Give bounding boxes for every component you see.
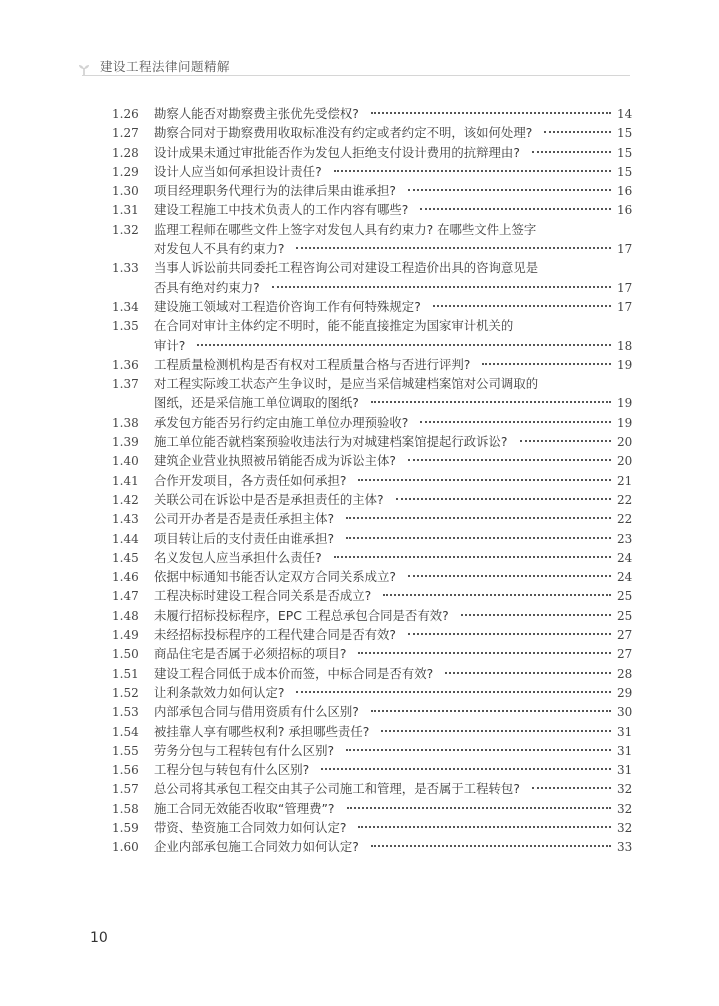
toc-entry[interactable]: 1.52让利条款效力如何认定?29 — [112, 683, 632, 702]
entry-number: 1.46 — [112, 568, 154, 587]
entry-page: 15 — [617, 124, 632, 143]
entry-page: 29 — [617, 684, 632, 703]
dot-leader — [433, 305, 611, 307]
dot-leader — [408, 189, 611, 191]
entry-number: 1.59 — [112, 819, 154, 838]
toc-entry[interactable]: 1.54被挂靠人享有哪些权利? 承担哪些责任?31 — [112, 722, 632, 741]
entry-title: 对发包人不具有约束力? — [154, 239, 284, 258]
entry-number: 1.43 — [112, 510, 154, 529]
entry-number: 1.40 — [112, 452, 154, 471]
entry-page: 31 — [617, 723, 632, 742]
header-rule — [82, 75, 630, 76]
entry-number: 1.29 — [112, 163, 154, 182]
entry-page: 16 — [617, 182, 632, 201]
entry-page: 20 — [617, 433, 632, 452]
toc-entry[interactable]: 1.45名义发包人应当承担什么责任?24 — [112, 548, 632, 567]
entry-title: 被挂靠人享有哪些权利? 承担哪些责任? — [154, 722, 369, 741]
entry-number: 1.49 — [112, 626, 154, 645]
entry-number: 1.55 — [112, 742, 154, 761]
entry-title: 项目经理职务代理行为的法律后果由谁承担? — [154, 181, 396, 200]
entry-number: 1.31 — [112, 201, 154, 220]
toc-entry[interactable]: 1.26勘察人能否对勘察费主张优先受偿权?14 — [112, 104, 632, 123]
entry-page: 31 — [617, 742, 632, 761]
dot-leader — [532, 151, 611, 153]
dot-leader — [371, 845, 611, 847]
entry-page: 25 — [617, 607, 632, 626]
entry-number: 1.36 — [112, 356, 154, 375]
entry-title: 建设工程施工中技术负责人的工作内容有哪些? — [154, 200, 408, 219]
entry-page: 17 — [617, 240, 632, 259]
entry-title: 公司开办者是否是责任承担主体? — [154, 509, 334, 528]
entry-page: 32 — [617, 780, 632, 799]
entry-page: 23 — [617, 530, 632, 549]
entry-page: 22 — [617, 491, 632, 510]
toc-entry[interactable]: 1.29设计人应当如何承担设计责任?15 — [112, 162, 632, 181]
entry-number: 1.54 — [112, 723, 154, 742]
toc-entry[interactable]: 1.46依据中标通知书能否认定双方合同关系成立?24 — [112, 567, 632, 586]
toc-entry[interactable]: 1.28设计成果未通过审批能否作为发包人拒绝支付设计费用的抗辩理由?15 — [112, 143, 632, 162]
entry-number: 1.58 — [112, 800, 154, 819]
entry-number: 1.44 — [112, 530, 154, 549]
dot-leader — [296, 691, 611, 693]
entry-title: 施工合同无效能否收取“管理费”? — [154, 799, 335, 818]
entry-number: 1.32 — [112, 221, 154, 240]
entry-page: 24 — [617, 568, 632, 587]
entry-title: 设计成果未通过审批能否作为发包人拒绝支付设计费用的抗辩理由? — [154, 143, 520, 162]
entry-title: 企业内部承包施工合同效力如何认定? — [154, 837, 359, 856]
entry-number: 1.33 — [112, 259, 154, 278]
toc-entry[interactable]: 1.42关联公司在诉讼中是否是承担责任的主体?22 — [112, 490, 632, 509]
page-number: 10 — [90, 930, 108, 946]
entry-title: 商品住宅是否属于必须招标的项目? — [154, 644, 346, 663]
entry-title: 让利条款效力如何认定? — [154, 683, 284, 702]
dot-leader — [334, 170, 611, 172]
dot-leader — [383, 594, 611, 596]
toc-entry[interactable]: 1.34建设施工领域对工程造价咨询工作有何特殊规定?17 — [112, 297, 632, 316]
entry-number: 1.52 — [112, 684, 154, 703]
dot-leader — [371, 710, 611, 712]
entry-number: 1.35 — [112, 317, 154, 336]
entry-title: 劳务分包与工程转包有什么区别? — [154, 741, 334, 760]
dot-leader — [358, 479, 611, 481]
entry-page: 28 — [617, 665, 632, 684]
toc-entry[interactable]: 1.41合作开发项目，各方责任如何承担?21 — [112, 471, 632, 490]
entry-number: 1.41 — [112, 472, 154, 491]
entry-title: 勘察合同对于勘察费用收取标准没有约定或者约定不明，该如何处理? — [154, 123, 532, 142]
dot-leader — [482, 363, 611, 365]
dot-leader — [544, 131, 611, 133]
entry-number: 1.56 — [112, 761, 154, 780]
dot-leader — [408, 575, 611, 577]
dot-leader — [371, 112, 611, 114]
entry-number: 1.53 — [112, 703, 154, 722]
toc-entry[interactable]: 1.51建设工程合同低于成本价而签，中标合同是否有效?28 — [112, 664, 632, 683]
entry-title: 未经招标投标程序的工程代建合同是否有效? — [154, 625, 396, 644]
entry-page: 25 — [617, 587, 632, 606]
entry-page: 33 — [617, 838, 632, 857]
entry-number: 1.51 — [112, 665, 154, 684]
entry-title: 否具有绝对约束力? — [154, 278, 260, 297]
entry-number: 1.27 — [112, 124, 154, 143]
toc-entry[interactable]: 1.31建设工程施工中技术负责人的工作内容有哪些?16 — [112, 200, 632, 219]
entry-number: 1.38 — [112, 414, 154, 433]
running-header: 建设工程法律问题精解 — [78, 55, 630, 75]
entry-number: 1.30 — [112, 182, 154, 201]
entry-page: 32 — [617, 819, 632, 838]
table-of-contents: 1.26勘察人能否对勘察费主张优先受偿权?141.27勘察合同对于勘察费用收取标… — [112, 104, 632, 857]
toc-entry[interactable]: 1.32监理工程师在哪些文件上签字对发包人具有约束力? 在哪些文件上签字对发包人… — [112, 220, 632, 259]
entry-number: 1.50 — [112, 645, 154, 664]
toc-entry[interactable]: 1.48未履行招标投标程序，EPC 工程总承包合同是否有效?25 — [112, 606, 632, 625]
entry-title: 工程分包与转包有什么区别? — [154, 760, 309, 779]
entry-title: 项目转让后的支付责任由谁承担? — [154, 529, 334, 548]
dot-leader — [381, 730, 611, 732]
toc-entry[interactable]: 1.38承发包方能否另行约定由施工单位办理预验收?19 — [112, 413, 632, 432]
dot-leader — [396, 498, 611, 500]
entry-page: 30 — [617, 703, 632, 722]
entry-page: 31 — [617, 761, 632, 780]
entry-title: 合作开发项目，各方责任如何承担? — [154, 471, 346, 490]
dot-leader — [532, 787, 611, 789]
toc-entry[interactable]: 1.39施工单位能否就档案预验收违法行为对城建档案馆提起行政诉讼?20 — [112, 432, 632, 451]
dot-leader — [347, 807, 612, 809]
sprout-icon — [78, 61, 90, 75]
entry-title: 建设施工领域对工程造价咨询工作有何特殊规定? — [154, 297, 421, 316]
entry-page: 19 — [617, 394, 632, 413]
toc-entry[interactable]: 1.47工程决标时建设工程合同关系是否成立?25 — [112, 586, 632, 605]
entry-number: 1.42 — [112, 491, 154, 510]
toc-entry[interactable]: 1.59带资、垫资施工合同效力如何认定?32 — [112, 818, 632, 837]
entry-number: 1.39 — [112, 433, 154, 452]
dot-leader — [346, 517, 611, 519]
entry-title: 勘察人能否对勘察费主张优先受偿权? — [154, 104, 359, 123]
dot-leader — [296, 247, 611, 249]
dot-leader — [408, 459, 611, 461]
entry-number: 1.26 — [112, 105, 154, 124]
toc-entry[interactable]: 1.49未经招标投标程序的工程代建合同是否有效?27 — [112, 625, 632, 644]
toc-entry[interactable]: 1.27勘察合同对于勘察费用收取标准没有约定或者约定不明，该如何处理?15 — [112, 123, 632, 142]
entry-page: 32 — [617, 800, 632, 819]
entry-page: 16 — [617, 201, 632, 220]
dot-leader — [346, 749, 611, 751]
toc-entry[interactable]: 1.37对工程实际竣工状态产生争议时，是应当采信城建档案馆对公司调取的图纸，还是… — [112, 374, 632, 413]
entry-number: 1.48 — [112, 607, 154, 626]
dot-leader — [334, 556, 611, 558]
toc-entry[interactable]: 1.53内部承包合同与借用资质有什么区别?30 — [112, 702, 632, 721]
entry-title: 当事人诉讼前共同委托工程咨询公司对建设工程造价出具的咨询意见是 — [154, 258, 538, 277]
entry-page: 18 — [617, 337, 632, 356]
entry-title: 未履行招标投标程序，EPC 工程总承包合同是否有效? — [154, 606, 449, 625]
entry-page: 19 — [617, 356, 632, 375]
dot-leader — [371, 401, 611, 403]
dot-leader — [358, 826, 611, 828]
dot-leader — [445, 672, 611, 674]
entry-page: 27 — [617, 645, 632, 664]
entry-page: 20 — [617, 452, 632, 471]
toc-entry[interactable]: 1.35在合同对审计主体约定不明时，能不能直接推定为国家审计机关的审计?18 — [112, 316, 632, 355]
entry-page: 17 — [617, 279, 632, 298]
entry-title: 建设工程合同低于成本价而签，中标合同是否有效? — [154, 664, 433, 683]
dot-leader — [358, 652, 611, 654]
dot-leader — [321, 768, 611, 770]
entry-number: 1.34 — [112, 298, 154, 317]
entry-title: 对工程实际竣工状态产生争议时，是应当采信城建档案馆对公司调取的 — [154, 374, 538, 393]
entry-title: 工程决标时建设工程合同关系是否成立? — [154, 586, 371, 605]
entry-title: 关联公司在诉讼中是否是承担责任的主体? — [154, 490, 384, 509]
book-title: 建设工程法律问题精解 — [100, 57, 230, 75]
entry-page: 15 — [617, 163, 632, 182]
toc-entry[interactable]: 1.43公司开办者是否是责任承担主体?22 — [112, 509, 632, 528]
toc-entry[interactable]: 1.44项目转让后的支付责任由谁承担?23 — [112, 529, 632, 548]
entry-page: 27 — [617, 626, 632, 645]
toc-entry[interactable]: 1.60企业内部承包施工合同效力如何认定?33 — [112, 837, 632, 856]
toc-entry[interactable]: 1.57总公司将其承包工程交由其子公司施工和管理，是否属于工程转包?32 — [112, 779, 632, 798]
entry-title: 施工单位能否就档案预验收违法行为对城建档案馆提起行政诉讼? — [154, 432, 508, 451]
entry-title: 总公司将其承包工程交由其子公司施工和管理，是否属于工程转包? — [154, 779, 520, 798]
dot-leader — [520, 440, 611, 442]
entry-page: 24 — [617, 549, 632, 568]
entry-title: 监理工程师在哪些文件上签字对发包人具有约束力? 在哪些文件上签字 — [154, 220, 536, 239]
entry-title: 建筑企业营业执照被吊销能否成为诉讼主体? — [154, 451, 396, 470]
entry-title: 带资、垫资施工合同效力如何认定? — [154, 818, 346, 837]
entry-number: 1.47 — [112, 587, 154, 606]
toc-entry[interactable]: 1.36工程质量检测机构是否有权对工程质量合格与否进行评判?19 — [112, 355, 632, 374]
entry-title: 工程质量检测机构是否有权对工程质量合格与否进行评判? — [154, 355, 470, 374]
toc-entry[interactable]: 1.55劳务分包与工程转包有什么区别?31 — [112, 741, 632, 760]
toc-entry[interactable]: 1.56工程分包与转包有什么区别?31 — [112, 760, 632, 779]
entry-page: 22 — [617, 510, 632, 529]
entry-page: 15 — [617, 144, 632, 163]
entry-number: 1.45 — [112, 549, 154, 568]
dot-leader — [408, 633, 611, 635]
entry-page: 19 — [617, 414, 632, 433]
toc-entry[interactable]: 1.30项目经理职务代理行为的法律后果由谁承担?16 — [112, 181, 632, 200]
dot-leader — [197, 344, 611, 346]
dot-leader — [272, 286, 611, 288]
dot-leader — [346, 537, 611, 539]
toc-entry[interactable]: 1.33当事人诉讼前共同委托工程咨询公司对建设工程造价出具的咨询意见是否具有绝对… — [112, 258, 632, 297]
entry-page: 14 — [617, 105, 632, 124]
toc-entry[interactable]: 1.58施工合同无效能否收取“管理费”?32 — [112, 799, 632, 818]
entry-title: 承发包方能否另行约定由施工单位办理预验收? — [154, 413, 408, 432]
entry-number: 1.60 — [112, 838, 154, 857]
entry-title: 在合同对审计主体约定不明时，能不能直接推定为国家审计机关的 — [154, 316, 513, 335]
entry-title: 依据中标通知书能否认定双方合同关系成立? — [154, 567, 396, 586]
entry-title: 内部承包合同与借用资质有什么区别? — [154, 702, 359, 721]
entry-title: 名义发包人应当承担什么责任? — [154, 548, 322, 567]
entry-title: 图纸，还是采信施工单位调取的图纸? — [154, 393, 359, 412]
dot-leader — [420, 208, 611, 210]
toc-entry[interactable]: 1.50商品住宅是否属于必须招标的项目?27 — [112, 644, 632, 663]
entry-number: 1.28 — [112, 144, 154, 163]
entry-title: 设计人应当如何承担设计责任? — [154, 162, 322, 181]
entry-number: 1.37 — [112, 375, 154, 394]
toc-entry[interactable]: 1.40建筑企业营业执照被吊销能否成为诉讼主体?20 — [112, 451, 632, 470]
entry-number: 1.57 — [112, 780, 154, 799]
dot-leader — [420, 421, 611, 423]
entry-page: 17 — [617, 298, 632, 317]
dot-leader — [461, 614, 611, 616]
entry-title: 审计? — [154, 336, 185, 355]
entry-page: 21 — [617, 472, 632, 491]
